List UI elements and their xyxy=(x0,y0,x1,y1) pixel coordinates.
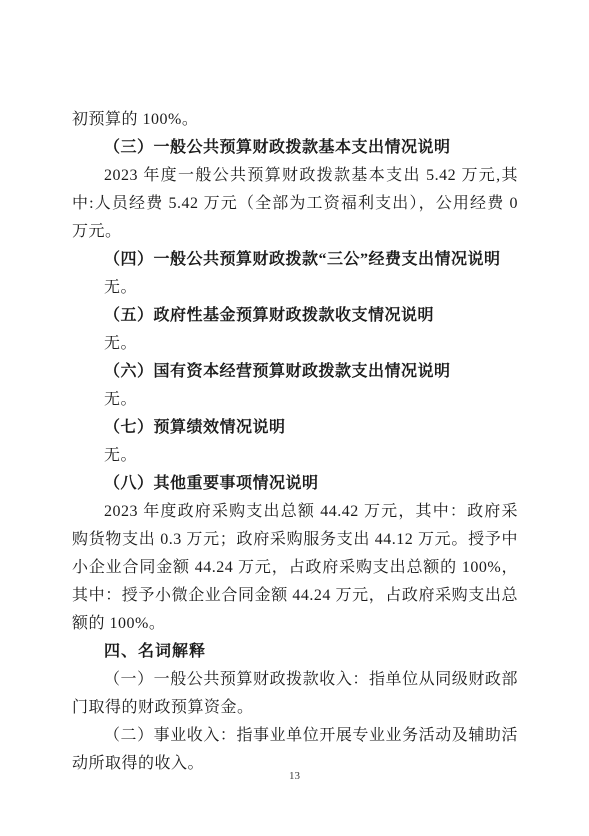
heading-part4-glossary: 四、名词解释 xyxy=(72,638,518,666)
para-sec5-none: 无。 xyxy=(72,330,518,358)
para-sec8-procurement-detail: 2023 年度政府采购支出总额 44.42 万元，其中：政府采购货物支出 0.3… xyxy=(72,498,518,638)
heading-sec8-other-matters: （八）其他重要事项情况说明 xyxy=(72,470,518,498)
heading-sec7-budget-performance: （七）预算绩效情况说明 xyxy=(72,414,518,442)
document-body: 初预算的 100%。 （三）一般公共预算财政拨款基本支出情况说明 2023 年度… xyxy=(72,106,518,778)
para-glossary-item1-general-budget-income: （一）一般公共预算财政拨款收入：指单位从同级财政部门取得的财政预算资金。 xyxy=(72,666,518,722)
heading-sec6-state-capital-budget: （六）国有资本经营预算财政拨款支出情况说明 xyxy=(72,358,518,386)
para-sec7-none: 无。 xyxy=(72,442,518,470)
heading-sec5-govt-fund-budget: （五）政府性基金预算财政拨款收支情况说明 xyxy=(72,302,518,330)
para-sec6-none: 无。 xyxy=(72,386,518,414)
para-sec4-none: 无。 xyxy=(72,274,518,302)
document-page: { "page": { "background": "#ffffff", "te… xyxy=(0,0,589,836)
heading-sec4-three-public-funds: （四）一般公共预算财政拨款“三公”经费支出情况说明 xyxy=(72,246,518,274)
para-continuation-budget-100pct: 初预算的 100%。 xyxy=(72,106,518,134)
page-number: 13 xyxy=(0,770,589,782)
para-sec3-basic-expenditure-detail: 2023 年度一般公共预算财政拨款基本支出 5.42 万元,其中:人员经费 5.… xyxy=(72,162,518,246)
heading-sec3-basic-expenditure: （三）一般公共预算财政拨款基本支出情况说明 xyxy=(72,134,518,162)
